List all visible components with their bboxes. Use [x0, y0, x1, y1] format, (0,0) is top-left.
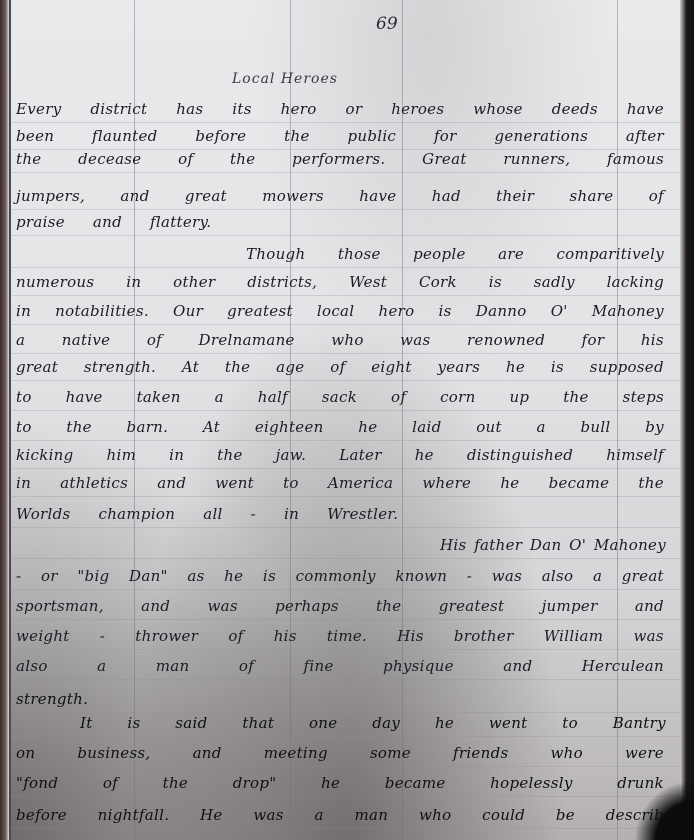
- word: native: [62, 331, 111, 349]
- word: famous: [607, 150, 664, 168]
- word: numerous: [16, 273, 94, 291]
- word: praise: [16, 213, 65, 231]
- word: himself: [606, 446, 664, 464]
- text-line: jumpers,andgreatmowershavehadtheirshareo…: [16, 187, 664, 205]
- text-line: inathleticsandwenttoAmericawherehebecame…: [16, 474, 664, 492]
- text-line: Worldschampionall-inWrestler.: [16, 505, 664, 523]
- word: Dan": [129, 567, 168, 585]
- word: "big: [77, 567, 109, 585]
- word: to: [562, 714, 578, 732]
- text-line: -or"bigDan"asheiscommonlyknown-wasalsoag…: [16, 567, 664, 585]
- word: or: [346, 100, 363, 118]
- word: was: [492, 567, 522, 585]
- text-line: ItissaidthatonedayhewenttoBantry: [80, 714, 666, 732]
- word: he: [506, 358, 525, 376]
- word: and: [193, 744, 222, 762]
- text-line: anativeofDrelnamanewhowasrenownedforhis: [16, 331, 664, 349]
- ruled-line: [10, 828, 680, 829]
- word: He: [200, 806, 223, 824]
- word: local: [317, 302, 354, 320]
- word: nightfall.: [98, 806, 170, 824]
- ruled-line: [10, 122, 680, 123]
- word: public: [347, 127, 396, 145]
- word: has: [176, 100, 203, 118]
- word: -: [16, 567, 21, 585]
- word: he: [415, 446, 434, 464]
- word: and: [120, 187, 149, 205]
- word: a: [215, 388, 224, 406]
- word: day: [372, 714, 400, 732]
- word: business,: [77, 744, 150, 762]
- word: Though: [246, 245, 305, 263]
- word: Later: [339, 446, 381, 464]
- ruled-line: [10, 380, 680, 381]
- word: all: [203, 505, 222, 523]
- word: whose: [473, 100, 523, 118]
- word: who: [551, 744, 583, 762]
- word: share: [570, 187, 614, 205]
- word: athletics: [60, 474, 128, 492]
- word: Wrestler.: [327, 505, 398, 523]
- word: is: [551, 358, 564, 376]
- word: kicking: [16, 446, 74, 464]
- word: His: [440, 536, 466, 554]
- text-line: tohavetakenahalfsackofcornupthesteps: [16, 388, 664, 406]
- word: the: [563, 388, 588, 406]
- word: in: [16, 474, 31, 492]
- word: before: [16, 806, 67, 824]
- word: a: [314, 806, 323, 824]
- text-line: thedeceaseoftheperformers.Greatrunners,f…: [16, 150, 664, 168]
- word: O': [551, 302, 568, 320]
- ruled-line: [10, 295, 680, 296]
- word: out: [476, 418, 502, 436]
- word: were: [625, 744, 664, 762]
- word: At: [203, 418, 220, 436]
- word: for: [582, 331, 605, 349]
- word: is: [439, 302, 452, 320]
- word: of: [330, 358, 345, 376]
- word: greatest: [439, 597, 505, 615]
- word: have: [627, 100, 664, 118]
- word: eighteen: [255, 418, 324, 436]
- page-number: 69: [376, 14, 398, 34]
- word: runners,: [503, 150, 570, 168]
- word: up: [509, 388, 529, 406]
- ruled-line: [10, 558, 680, 559]
- word: age: [276, 358, 304, 376]
- word: Cork: [419, 273, 457, 291]
- word: the: [376, 597, 401, 615]
- word: commonly: [296, 567, 376, 585]
- word: Mahoney: [594, 536, 666, 554]
- word: the: [16, 150, 41, 168]
- word: he: [321, 774, 340, 792]
- ruled-line: [10, 796, 680, 797]
- word: strength.: [84, 358, 156, 376]
- word: father: [474, 536, 522, 554]
- ruled-line: [10, 440, 680, 441]
- word: man: [354, 806, 388, 824]
- word: that: [242, 714, 274, 732]
- word: mowers: [262, 187, 324, 205]
- word: those: [338, 245, 381, 263]
- word: became: [549, 474, 610, 492]
- word: where: [422, 474, 471, 492]
- word: drunk: [617, 774, 664, 792]
- ruled-line: [10, 712, 680, 713]
- word: "fond: [16, 774, 58, 792]
- word: eight: [371, 358, 411, 376]
- word: At: [182, 358, 199, 376]
- ruled-line: [10, 267, 680, 268]
- word: to: [283, 474, 299, 492]
- word: who: [331, 331, 363, 349]
- word: Great: [422, 150, 467, 168]
- word: West: [349, 273, 387, 291]
- word: or: [41, 567, 58, 585]
- word: also: [16, 657, 48, 675]
- word: time.: [327, 627, 367, 645]
- word: of: [228, 627, 243, 645]
- word: years: [437, 358, 480, 376]
- word: the: [66, 418, 91, 436]
- word: have: [66, 388, 103, 406]
- text-line: strength.: [16, 690, 664, 708]
- word: of: [391, 388, 406, 406]
- word: thrower: [135, 627, 198, 645]
- word: corn: [440, 388, 475, 406]
- word: of: [103, 774, 118, 792]
- word: physique: [383, 657, 454, 675]
- word: America: [328, 474, 393, 492]
- word: the: [217, 446, 242, 464]
- word: is: [489, 273, 502, 291]
- word: heroes: [391, 100, 444, 118]
- word: the: [638, 474, 663, 492]
- ruled-line: [10, 235, 680, 236]
- word: he: [500, 474, 519, 492]
- word: deeds: [552, 100, 598, 118]
- ruled-line: [10, 468, 680, 469]
- word: flattery.: [150, 213, 211, 231]
- text-line: sportsman,andwasperhapsthegreatestjumper…: [16, 597, 664, 615]
- word: half: [258, 388, 288, 406]
- word: -: [100, 627, 105, 645]
- word: taken: [137, 388, 181, 406]
- word: steps: [623, 388, 664, 406]
- word: brother: [454, 627, 514, 645]
- word: lacking: [607, 273, 664, 291]
- left-margin-rule: [9, 0, 11, 840]
- word: Drelnamane: [199, 331, 295, 349]
- word: drop": [233, 774, 277, 792]
- word: in: [126, 273, 141, 291]
- word: a: [97, 657, 106, 675]
- word: by: [645, 418, 664, 436]
- text-line: alsoamanoffinephysiqueandHerculean: [16, 657, 664, 675]
- word: was: [253, 806, 283, 824]
- word: said: [175, 714, 207, 732]
- word: and: [93, 213, 122, 231]
- word: was: [207, 597, 237, 615]
- ruled-line: [10, 209, 680, 210]
- word: went: [215, 474, 254, 492]
- word: people: [413, 245, 466, 263]
- text-line: beforenightfall.Hewasamanwhocouldbedescr…: [16, 806, 664, 824]
- word: on: [16, 744, 35, 762]
- word: flaunted: [92, 127, 158, 145]
- text-line: praiseandflattery.: [16, 213, 664, 231]
- word: in: [284, 505, 299, 523]
- word: is: [263, 567, 276, 585]
- text-line: beenflauntedbeforethepublicforgeneration…: [16, 127, 664, 145]
- word: jumper: [542, 597, 598, 615]
- ruled-line: [10, 649, 680, 650]
- text-line: numerousinotherdistricts,WestCorkissadly…: [16, 273, 664, 291]
- word: great: [622, 567, 664, 585]
- word: as: [187, 567, 204, 585]
- word: bull: [580, 418, 610, 436]
- word: Dan: [530, 536, 562, 554]
- word: comparitively: [556, 245, 664, 263]
- word: known: [395, 567, 447, 585]
- ruled-line: [10, 353, 680, 354]
- word: Every: [16, 100, 61, 118]
- word: districts,: [247, 273, 317, 291]
- ruled-line: [10, 324, 680, 325]
- ruled-line: [10, 172, 680, 173]
- word: he: [224, 567, 243, 585]
- word: great: [16, 358, 58, 376]
- word: the: [284, 127, 309, 145]
- word: generations: [494, 127, 588, 145]
- word: the: [163, 774, 188, 792]
- word: Herculean: [582, 657, 664, 675]
- word: jaw.: [276, 446, 307, 464]
- word: Our: [173, 302, 203, 320]
- document-title: Local Heroes: [232, 71, 338, 87]
- word: sack: [322, 388, 357, 406]
- word: -: [251, 505, 256, 523]
- word: who: [419, 806, 451, 824]
- word: a: [16, 331, 25, 349]
- text-line: weight-throwerofhistime.HisbrotherWillia…: [16, 627, 664, 645]
- text-line: HisfatherDanO'Mahoney: [440, 536, 666, 554]
- word: he: [358, 418, 377, 436]
- word: jumpers,: [16, 187, 85, 205]
- word: in: [16, 302, 31, 320]
- word: Worlds: [16, 505, 71, 523]
- word: his: [274, 627, 297, 645]
- word: went: [489, 714, 528, 732]
- word: It: [80, 714, 93, 732]
- page-binding-edge: [0, 0, 9, 840]
- word: been: [16, 127, 54, 145]
- word: have: [359, 187, 396, 205]
- word: his: [641, 331, 664, 349]
- word: meeting: [264, 744, 328, 762]
- word: of: [649, 187, 664, 205]
- word: O': [569, 536, 586, 554]
- text-line: kickinghiminthejaw.Laterhedistinguishedh…: [16, 446, 664, 464]
- word: Mahoney: [592, 302, 664, 320]
- word: before: [195, 127, 246, 145]
- text-line: greatstrength.Attheageofeightyearsheissu…: [16, 358, 664, 376]
- ruled-line: [10, 736, 680, 737]
- word: barn.: [127, 418, 169, 436]
- word: and: [141, 597, 170, 615]
- word: great: [185, 187, 227, 205]
- word: laid: [412, 418, 441, 436]
- text-line: Thoughthosepeoplearecomparitively: [246, 245, 664, 263]
- word: and: [635, 597, 664, 615]
- word: its: [232, 100, 251, 118]
- word: to: [16, 388, 32, 406]
- text-line: innotabilities.OurgreatestlocalheroisDan…: [16, 302, 664, 320]
- word: fine: [304, 657, 334, 675]
- word: of: [239, 657, 254, 675]
- word: hero: [378, 302, 414, 320]
- word: and: [157, 474, 186, 492]
- word: hopelessly: [490, 774, 573, 792]
- ruled-line: [10, 766, 680, 767]
- word: the: [230, 150, 255, 168]
- word: a: [537, 418, 546, 436]
- word: the: [225, 358, 250, 376]
- word: perhaps: [275, 597, 339, 615]
- ruled-line: [10, 496, 680, 497]
- word: notabilities.: [55, 302, 149, 320]
- word: was: [400, 331, 430, 349]
- word: to: [16, 418, 32, 436]
- word: greatest: [227, 302, 293, 320]
- text-line: Everydistricthasitsheroorheroeswhosedeed…: [16, 100, 664, 118]
- word: other: [173, 273, 215, 291]
- word: be: [556, 806, 575, 824]
- ruled-line: [10, 527, 680, 528]
- ruled-line: [10, 410, 680, 411]
- word: was: [633, 627, 663, 645]
- ruled-line: [10, 619, 680, 620]
- word: champion: [99, 505, 176, 523]
- word: after: [626, 127, 664, 145]
- page-right-edge: [680, 0, 694, 840]
- word: is: [127, 714, 140, 732]
- word: some: [370, 744, 411, 762]
- word: he: [435, 714, 454, 732]
- word: renowned: [467, 331, 545, 349]
- word: performers.: [292, 150, 385, 168]
- word: their: [496, 187, 534, 205]
- word: in: [169, 446, 184, 464]
- word: distinguished: [467, 446, 573, 464]
- word: for: [434, 127, 457, 145]
- ruled-line: [10, 589, 680, 590]
- word: a: [593, 567, 602, 585]
- word: district: [90, 100, 147, 118]
- word: are: [498, 245, 524, 263]
- text-line: "fondofthedrop"hebecamehopelesslydrunk: [16, 774, 664, 792]
- word: sadly: [534, 273, 575, 291]
- word: man: [156, 657, 190, 675]
- word: had: [432, 187, 461, 205]
- word: -: [467, 567, 472, 585]
- word: one: [309, 714, 337, 732]
- word: could: [482, 806, 525, 824]
- word: of: [147, 331, 162, 349]
- word: him: [107, 446, 137, 464]
- word: also: [542, 567, 574, 585]
- word: describ: [606, 806, 664, 824]
- word: sportsman,: [16, 597, 104, 615]
- word: Bantry: [613, 714, 666, 732]
- word: became: [385, 774, 446, 792]
- manuscript-page: 69 Local Heroes Everydistricthasitsheroo…: [0, 0, 694, 840]
- text-line: onbusiness,andmeetingsomefriendswhowere: [16, 744, 664, 762]
- word: decease: [78, 150, 141, 168]
- word: weight: [16, 627, 70, 645]
- word: supposed: [590, 358, 664, 376]
- word: strength.: [16, 690, 88, 708]
- word: hero: [281, 100, 317, 118]
- word: William: [544, 627, 604, 645]
- word: friends: [453, 744, 508, 762]
- word: and: [503, 657, 532, 675]
- word: His: [397, 627, 423, 645]
- word: Danno: [476, 302, 527, 320]
- text-line: tothebarn.Ateighteenhelaidoutabullby: [16, 418, 664, 436]
- word: of: [178, 150, 193, 168]
- ruled-line: [10, 679, 680, 680]
